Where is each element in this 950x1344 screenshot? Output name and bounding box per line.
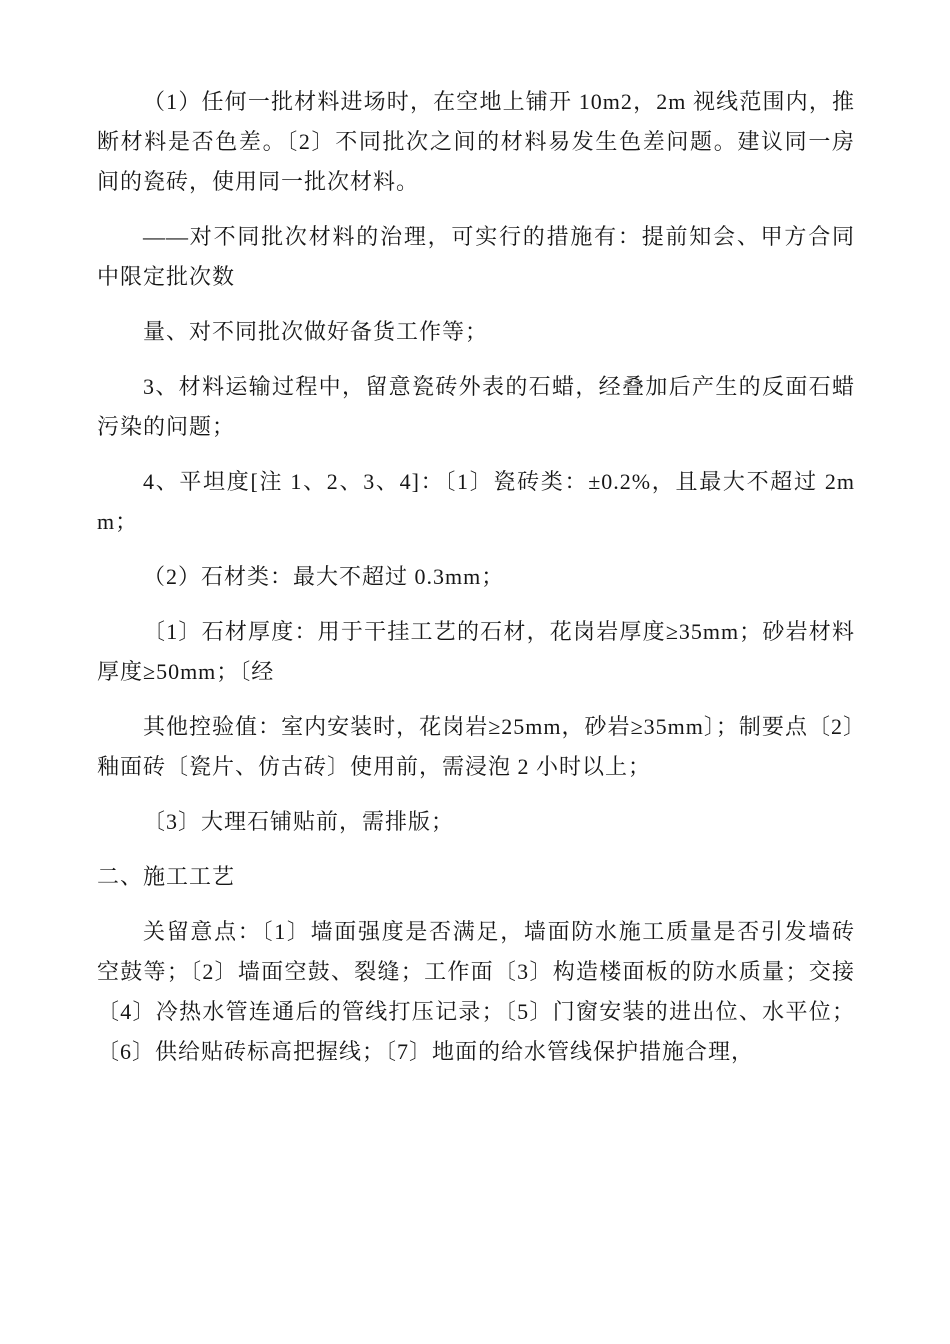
document-page: （1）任何一批材料进场时，在空地上铺开 10m2，2m 视线范围内，推断材料是否… xyxy=(0,0,950,1344)
document-body: （1）任何一批材料进场时，在空地上铺开 10m2，2m 视线范围内，推断材料是否… xyxy=(0,0,950,1072)
paragraph-batch-stock: 量、对不同批次做好备货工作等； xyxy=(97,312,855,352)
paragraph-other-control-values: 其他控验值：室内安装时，花岗岩≥25mm，砂岩≥35mm〕；制要点〔2〕釉面砖〔… xyxy=(97,707,855,787)
paragraph-flatness-tile: 4、平坦度[注 1、2、3、4]：〔1〕瓷砖类：±0.2%，且最大不超过 2mm… xyxy=(97,462,855,542)
paragraph-batch-management: ——对不同批次材料的治理，可实行的措施有：提前知会、甲方合同中限定批次数 xyxy=(97,217,855,297)
paragraph-stone-thickness: 〔1〕石材厚度：用于干挂工艺的石材，花岗岩厚度≥35mm；砂岩材料厚度≥50mm… xyxy=(97,612,855,692)
paragraph-marble-layout: 〔3〕大理石铺贴前，需排版； xyxy=(97,802,855,842)
section-heading-construction-process: 二、施工工艺 xyxy=(97,857,855,897)
paragraph-material-batch-check: （1）任何一批材料进场时，在空地上铺开 10m2，2m 视线范围内，推断材料是否… xyxy=(97,82,855,202)
paragraph-key-attention-points: 关留意点：〔1〕墙面强度是否满足，墙面防水施工质量是否引发墙砖空鼓等；〔2〕墙面… xyxy=(97,912,855,1072)
paragraph-flatness-stone: （2）石材类：最大不超过 0.3mm； xyxy=(97,557,855,597)
paragraph-transport-wax: 3、材料运输过程中，留意瓷砖外表的石蜡，经叠加后产生的反面石蜡污染的问题； xyxy=(97,367,855,447)
